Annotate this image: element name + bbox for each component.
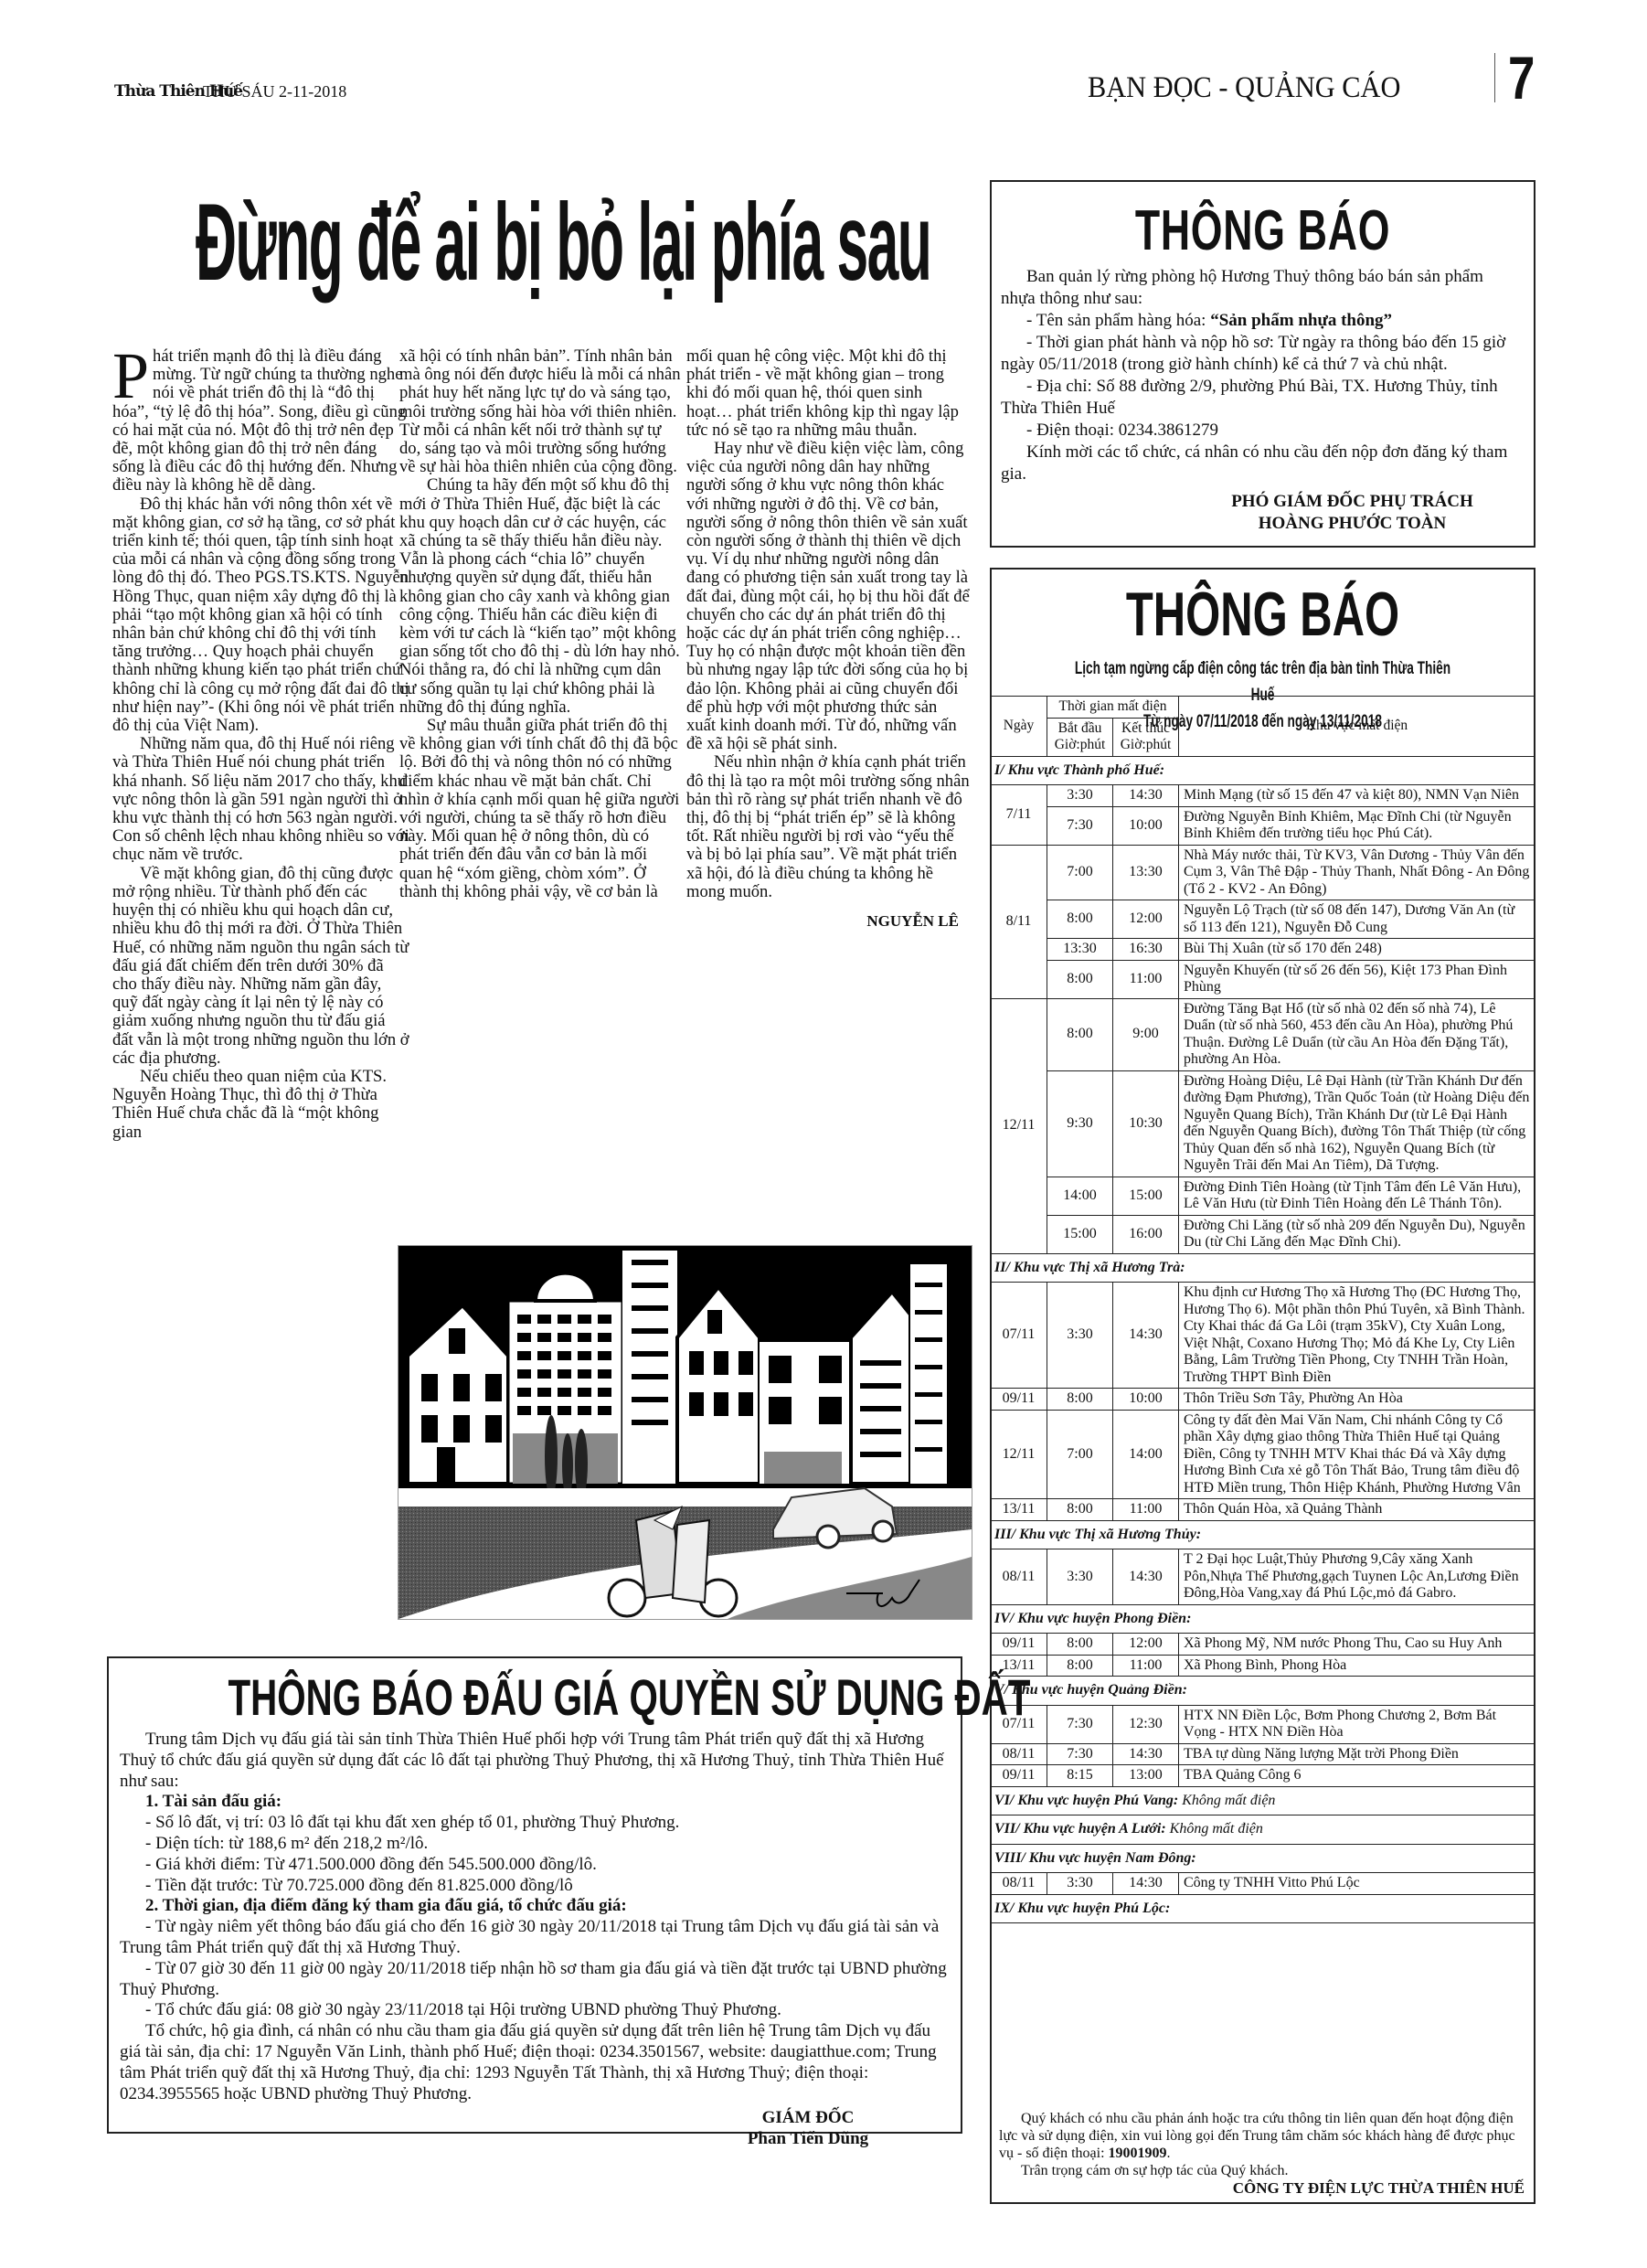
notice-title: THÔNG BÁO [1068,198,1458,263]
paragraph: Nếu nhìn nhận ở khía cạnh phát triển đô … [686,753,970,901]
section-heading: 2. Thời gian, địa điểm đăng ký tham gia … [120,1896,948,1917]
notice-title: THÔNG BÁO ĐẤU GIÁ QUYỀN SỬ DỤNG ĐẤT [228,1667,841,1727]
table-row: 8:0011:00Nguyễn Khuyến (từ số 26 đến 56)… [991,960,1535,998]
section-row: I/ Khu vực Thành phố Huế: [991,756,1535,785]
article-column-1: Phát triển mạnh đô thị là điều đáng mừng… [112,347,409,1142]
table-row: 12/118:009:00Đường Tăng Bạt Hổ (từ số nh… [991,998,1535,1070]
paragraph: Phát triển mạnh đô thị là điều đáng mừng… [112,347,409,495]
col-header-time: Thời gian mất điện [1047,697,1179,719]
table-row: 13:3016:30Bùi Thị Xuân (từ số 170 đến 24… [991,939,1535,961]
signer-name: Phan Tiến Dũng [668,2129,948,2150]
signer: CÔNG TY ĐIỆN LỰC THỪA THIÊN HUẾ [999,2179,1525,2197]
issue-date: THỨ SÁU 2-11-2018 [203,82,346,101]
table-row: 09/118:1513:00TBA Quảng Công 6 [991,1765,1535,1787]
table-row: 07/113:3014:30Khu định cư Hương Thọ xã H… [991,1283,1535,1389]
article-byline: NGUYỄN LÊ [686,912,970,931]
notice-power-outage: THÔNG BÁO Lịch tạm ngừng cấp điện công t… [990,568,1535,2204]
table-row: 12/117:0014:00Công ty đất đèn Mai Văn Na… [991,1410,1535,1499]
table-row: 08/113:3014:30T 2 Đại học Luật,Thủy Phươ… [991,1549,1535,1605]
outage-schedule-table: Ngày Thời gian mất điện Khu vực mất điện… [990,696,1535,1923]
paragraph: Sự mâu thuẫn giữa phát triển đô thị về k… [399,717,681,901]
page-number: 7 [1508,48,1535,108]
table-row: 9:3010:30Đường Hoàng Diệu, Lê Đại Hành (… [991,1070,1535,1177]
paragraph: Hay như về điều kiện việc làm, công việc… [686,440,970,753]
table-row: 08/113:3014:30Công ty TNHH Vitto Phú Lộc [991,1873,1535,1895]
notice-product: - Tên sản phẩm hàng hóa: “Sản phẩm nhựa … [1001,310,1521,332]
paragraph: mối quan hệ công việc. Một khi đô thị ph… [686,347,970,440]
hotline-number: 19001909 [1109,2146,1167,2161]
signer-title: GIÁM ĐỐC [668,2108,948,2129]
section-row: III/ Khu vực Thị xã Hương Thủy: [991,1520,1535,1549]
paragraph: Những năm qua, đô thị Huế nói riêng và T… [112,735,409,864]
section-row: II/ Khu vực Thị xã Hương Trà: [991,1253,1535,1283]
header-divider [1494,53,1495,102]
notice-footer: Quý khách có nhu cầu phản ánh hoặc tra c… [999,2110,1525,2197]
col-header-area: Khu vực mất điện [1179,697,1535,757]
table-row: 13/118:0011:00Thôn Quán Hòa, xã Quảng Th… [991,1499,1535,1521]
section-row: V/ Khu vực huyện Quảng Điền: [991,1677,1535,1706]
notice-address: - Địa chỉ: Số 88 đường 2/9, phường Phú B… [1001,376,1521,420]
notice-intro: Ban quản lý rừng phòng hộ Hương Thuỷ thô… [1001,266,1521,310]
table-row: 13/118:0011:00Xã Phong Bình, Phong Hòa [991,1655,1535,1677]
section-row: IX/ Khu vực huyện Phú Lộc: [991,1894,1535,1923]
article-illustration [398,1245,972,1620]
section-row: IV/ Khu vực huyện Phong Điền: [991,1604,1535,1634]
section-row: VII/ Khu vực huyện A Lưới: Không mất điệ… [991,1815,1535,1845]
notice-phone: - Điện thoại: 0234.3861279 [1001,420,1521,442]
table-row: 09/118:0012:00Xã Phong Mỹ, NM nước Phong… [991,1634,1535,1656]
col-header-end: Kết thúc Giờ:phút [1113,718,1179,756]
signer-name: HOÀNG PHƯỚC TOÀN [1184,513,1521,535]
table-row: 8:0012:00Nguyễn Lộ Trạch (từ số 08 đến 1… [991,900,1535,939]
article-column-2: xã hội có tính nhân bản”. Tính nhân bản … [399,347,681,901]
paragraph: xã hội có tính nhân bản”. Tính nhân bản … [399,347,681,476]
notice-body: Trung tâm Dịch vụ đấu giá tài sản tỉnh T… [120,1730,948,2150]
table-row: 8/117:0013:30Nhà Máy nước thải, Từ KV3, … [991,845,1535,900]
col-header-day: Ngày [991,697,1047,757]
article-column-3: mối quan hệ công việc. Một khi đô thị ph… [686,347,970,931]
notice-time: - Thời gian phát hành và nộp hồ sơ: Từ n… [1001,332,1521,376]
table-row: 07/117:3012:30HTX NN Điền Lộc, Bơm Phong… [991,1705,1535,1743]
paragraph: Nếu chiếu theo quan niệm của KTS. Nguyễn… [112,1068,409,1142]
signer-title: PHÓ GIÁM ĐỐC PHỤ TRÁCH [1184,491,1521,513]
section-row: VI/ Khu vực huyện Phú Vang: Không mất đi… [991,1786,1535,1815]
table-row: 15:0016:00Đường Chi Lăng (từ số nhà 209 … [991,1215,1535,1253]
notice-invite: Kính mời các tổ chức, cá nhân có nhu cầu… [1001,442,1521,485]
table-row: 09/118:0010:00Thôn Triều Sơn Tây, Phường… [991,1389,1535,1411]
notice-body: Ban quản lý rừng phòng hộ Hương Thuỷ thô… [1001,266,1521,535]
table-row: 08/117:3014:30TBA tự dùng Năng lượng Mặt… [991,1743,1535,1765]
notice-land-auction: THÔNG BÁO ĐẤU GIÁ QUYỀN SỬ DỤNG ĐẤT Trun… [107,1656,962,2134]
col-header-start: Bắt đầu Giờ:phút [1047,718,1113,756]
notice-title: THÔNG BÁO [1068,579,1458,650]
table-row: 14:0015:00Đường Đinh Tiên Hoàng (từ Tịnh… [991,1177,1535,1215]
notice-resin-sale: THÔNG BÁO Ban quản lý rừng phòng hộ Hươn… [990,180,1535,548]
city-street-illustration-icon [398,1246,972,1619]
paragraph: Về mặt không gian, đô thị cũng được mở r… [112,865,409,1068]
section-row: VIII/ Khu vực huyện Nam Đông: [991,1844,1535,1873]
article-headline: Đừng để ai bị bỏ lại phía sau [196,187,980,297]
paragraph: Chúng ta hãy đến một số khu đô thị mới ở… [399,476,681,717]
drop-cap: P [112,349,153,402]
paragraph: Đô thị khác hẳn với nông thôn xét về mặt… [112,495,409,736]
table-row: 7:3010:00Đường Nguyễn Bỉnh Khiêm, Mạc Đĩ… [991,806,1535,845]
contact-info: Tổ chức, hộ gia đình, cá nhân có nhu cầu… [120,2021,948,2104]
section-heading: 1. Tài sản đấu giá: [120,1792,948,1813]
table-row: 7/113:3014:30Minh Mạng (từ số 15 đến 47 … [991,785,1535,807]
section-title: BẠN ĐỌC - QUẢNG CÁO [1088,71,1400,105]
